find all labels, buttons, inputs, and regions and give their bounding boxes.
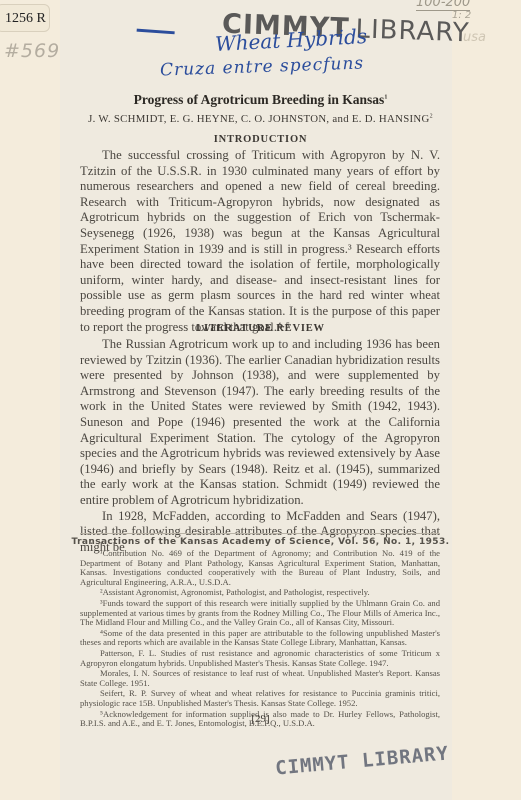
journal-citation: Transactions of the Kansas Academy of Sc… (0, 537, 521, 547)
pencil-accession-number: #569 (4, 40, 60, 62)
footnote-reference: Morales, I. N. Sources of resistance to … (80, 669, 440, 688)
title-footnote-marker: 1 (384, 95, 387, 101)
footnote-divider (80, 533, 440, 534)
stamp-word-library: LIBRARY (355, 14, 470, 48)
authors-footnote-marker: 2 (430, 113, 433, 119)
literature-review-body: The Russian Agrotricum work up to and in… (80, 337, 440, 555)
introduction-body: The successful crossing of Triticum with… (80, 148, 440, 335)
call-number-label: 1256 R (0, 4, 50, 32)
crossed-out-handwriting (137, 19, 176, 35)
section-heading-introduction: INTRODUCTION (0, 134, 521, 145)
paragraph: The successful crossing of Triticum with… (80, 148, 440, 335)
footnote: ⁴Some of the data presented in this pape… (80, 629, 440, 648)
section-heading-literature-review: LITERATURE REVIEW (0, 323, 521, 334)
title-text: Progress of Agrotricum Breeding in Kansa… (134, 92, 385, 107)
footnote-reference: Seifert, R. P. Survey of wheat and wheat… (80, 689, 440, 708)
paper-title: Progress of Agrotricum Breeding in Kansa… (0, 92, 521, 108)
footnote: ²Assistant Agronomist, Agronomist, Patho… (80, 588, 440, 598)
paragraph: The Russian Agrotricum work up to and in… (80, 337, 440, 509)
footnote-reference: Patterson, F. L. Studies of rust resista… (80, 649, 440, 668)
authors-text: J. W. SCHMIDT, E. G. HEYNE, C. O. JOHNST… (88, 113, 430, 125)
page-number: [29] (0, 713, 521, 725)
footnote: ³Funds toward the support of this resear… (80, 599, 440, 628)
author-list: J. W. SCHMIDT, E. G. HEYNE, C. O. JOHNST… (0, 113, 521, 125)
footnotes: ¹Contribution No. 469 of the Department … (80, 549, 440, 730)
footnote: ¹Contribution No. 469 of the Department … (80, 549, 440, 587)
